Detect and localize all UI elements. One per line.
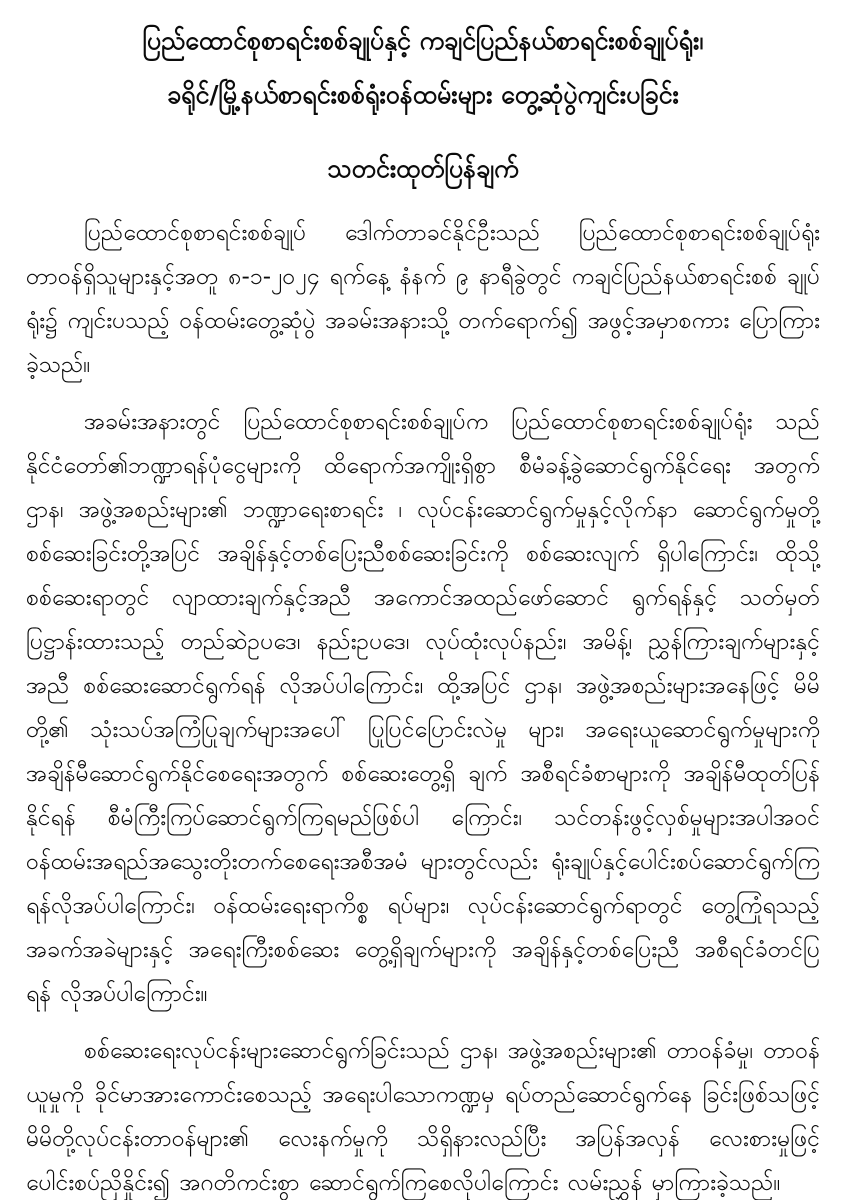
document-body: ပြည်ထောင်စုစာရင်းစစ်ချုပ် ဒေါက်တာခင်နိုင…	[26, 211, 820, 1200]
paragraph-2: အခမ်းအနားတွင် ပြည်ထောင်စုစာရင်းစစ်ချုပ်က…	[26, 400, 820, 1016]
press-release-heading: သတင်းထုတ်ပြန်ချက်	[26, 147, 820, 191]
paragraph-3: စစ်ဆေးရေးလုပ်ငန်းများဆောင်ရွက်ခြင်းသည် ဌ…	[26, 1029, 820, 1200]
paragraph-1: ပြည်ထောင်စုစာရင်းစစ်ချုပ် ဒေါက်တာခင်နိုင…	[26, 211, 820, 387]
document-title-line-2: ခရိုင်/မြို့နယ်စာရင်းစစ်ရုံးဝန်ထမ်းများ …	[26, 68, 820, 122]
document-title: ပြည်ထောင်စုစာရင်းစစ်ချုပ်နှင့် ကချင်ပြည်…	[26, 14, 820, 122]
document-page: ပြည်ထောင်စုစာရင်းစစ်ချုပ်နှင့် ကချင်ပြည်…	[0, 0, 846, 1200]
document-title-line-1: ပြည်ထောင်စုစာရင်းစစ်ချုပ်နှင့် ကချင်ပြည်…	[26, 14, 820, 68]
